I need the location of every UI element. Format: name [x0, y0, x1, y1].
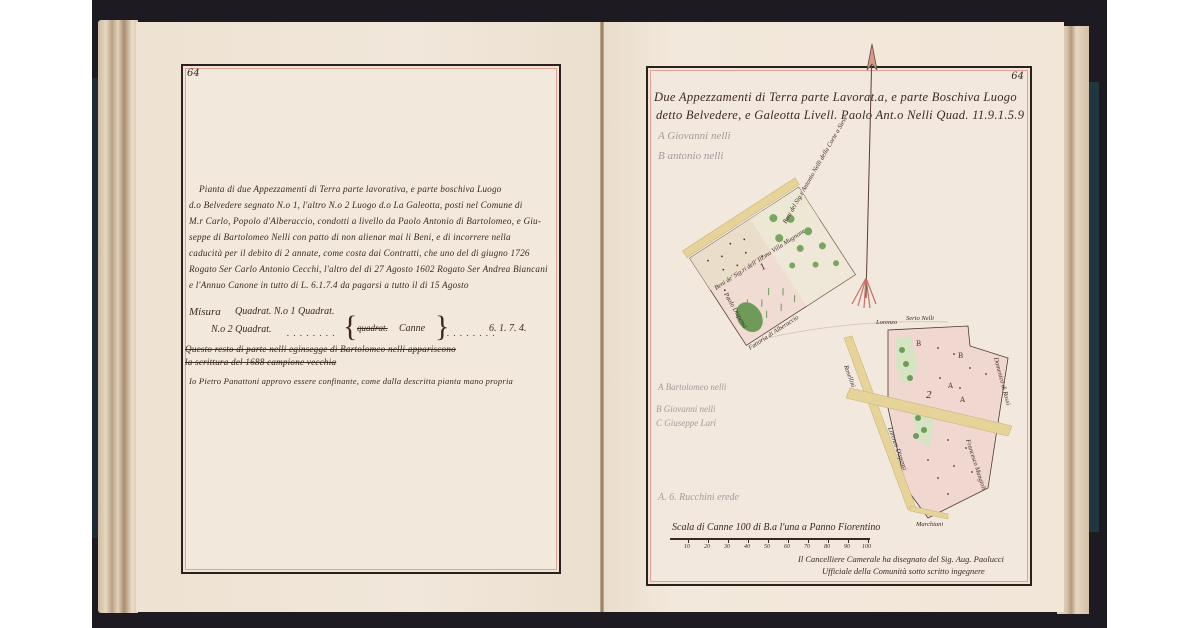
struck-text: quadrat.	[357, 323, 388, 333]
text-line: Rogato Ser Carlo Antonio Cecchi, l'altro…	[189, 264, 548, 274]
measure-row1: Quadrat. N.o 1 Quadrat.	[235, 306, 334, 317]
measure-row2: N.o 2 Quadrat.	[211, 324, 272, 335]
scale-tick	[788, 538, 789, 543]
scale-tick	[708, 538, 709, 543]
svg-text:B: B	[958, 352, 963, 360]
scale-tick-label: 30	[724, 544, 730, 550]
measure-value: 6. 1. 7. 4.	[489, 323, 527, 334]
left-page-stack	[98, 20, 138, 613]
text-line: d.o Belvedere segnato N.o 1, l'altro N.o…	[189, 200, 522, 210]
scale-tick	[848, 538, 849, 543]
svg-text:A: A	[947, 382, 954, 390]
measure-label: Misura	[189, 306, 221, 318]
scale-tick-label: 90	[844, 544, 850, 550]
text-line: seppe di Bartolomeo Nelli con patto di n…	[189, 232, 511, 242]
text-line: e l'Annuo Canone in tutto di L. 6.1.7.4 …	[189, 280, 469, 290]
brace-right: }	[435, 310, 449, 344]
left-page-frame: 64 Pianta di due Appezzamenti di Terra p…	[181, 64, 561, 574]
svg-text:Beni del Sig.r Antonio Nelli d: Beni del Sig.r Antonio Nelli della Corte…	[782, 115, 850, 225]
scale-tick-label: 70	[804, 544, 810, 550]
scale-tick-label: 40	[744, 544, 750, 550]
scale-tick	[868, 538, 869, 543]
svg-text:Rosellini: Rosellini	[842, 363, 857, 388]
scale-tick	[728, 538, 729, 543]
scale-tick-label: 50	[764, 544, 770, 550]
text-line: caducità per il debito di 2 annate, come…	[189, 248, 530, 258]
struck-note-line: Questo resto di parte nelli eginsegge di…	[185, 344, 456, 354]
text-line: M.r Carlo, Popolo d'Alberaccio, condotti…	[189, 216, 541, 226]
right-page-frame: 64 Due Appezzamenti di Terra parte Lavor…	[646, 66, 1032, 586]
attestation-line2: Ufficiale della Comunità sotto scritto i…	[822, 566, 985, 576]
brace-left: {	[343, 310, 357, 344]
dotted-leader: . . . . . . . .	[287, 328, 336, 338]
text-line: Pianta di due Appezzamenti di Terra part…	[199, 184, 502, 194]
book-gutter	[600, 22, 604, 612]
svg-text:2: 2	[926, 389, 932, 401]
scale-tick-label: 20	[704, 544, 710, 550]
scale-tick-label: 60	[784, 544, 790, 550]
scale-caption: Scala di Canne 100 di B.a l'una a Panno …	[672, 522, 880, 533]
north-arrow-icon	[852, 44, 877, 308]
scale-tick	[768, 538, 769, 543]
signature-line: Io Pietro Panattoni approvo essere confi…	[189, 376, 513, 386]
svg-text:B: B	[916, 340, 921, 348]
svg-text:Serio Nelli: Serio Nelli	[906, 315, 934, 322]
attestation-line1: Il Cancelliere Camerale ha disegnato del…	[798, 554, 1004, 564]
scale-tick	[808, 538, 809, 543]
scale-tick-label: 100	[862, 544, 871, 550]
scale-bar	[670, 538, 870, 540]
svg-text:Marchiani: Marchiani	[915, 521, 943, 528]
book-scan: 64 Pianta di due Appezzamenti di Terra p…	[92, 0, 1107, 628]
measure-unit: Canne	[399, 323, 425, 334]
svg-text:Lorenzo: Lorenzo	[875, 319, 898, 326]
plot-1: 1	[683, 178, 857, 347]
struck-note-line: la scrittura del 1688 campione vecchia	[185, 357, 336, 367]
scale-tick	[828, 538, 829, 543]
scale-tick-label: 10	[684, 544, 690, 550]
scale-tick-label: 80	[824, 544, 830, 550]
plot-2: 2 B B A A	[844, 326, 1012, 519]
page-number-left: 64	[187, 68, 200, 79]
svg-text:A: A	[959, 396, 966, 404]
scale-tick	[688, 538, 689, 543]
scale-tick	[748, 538, 749, 543]
cadastral-map: 1	[648, 68, 1030, 584]
